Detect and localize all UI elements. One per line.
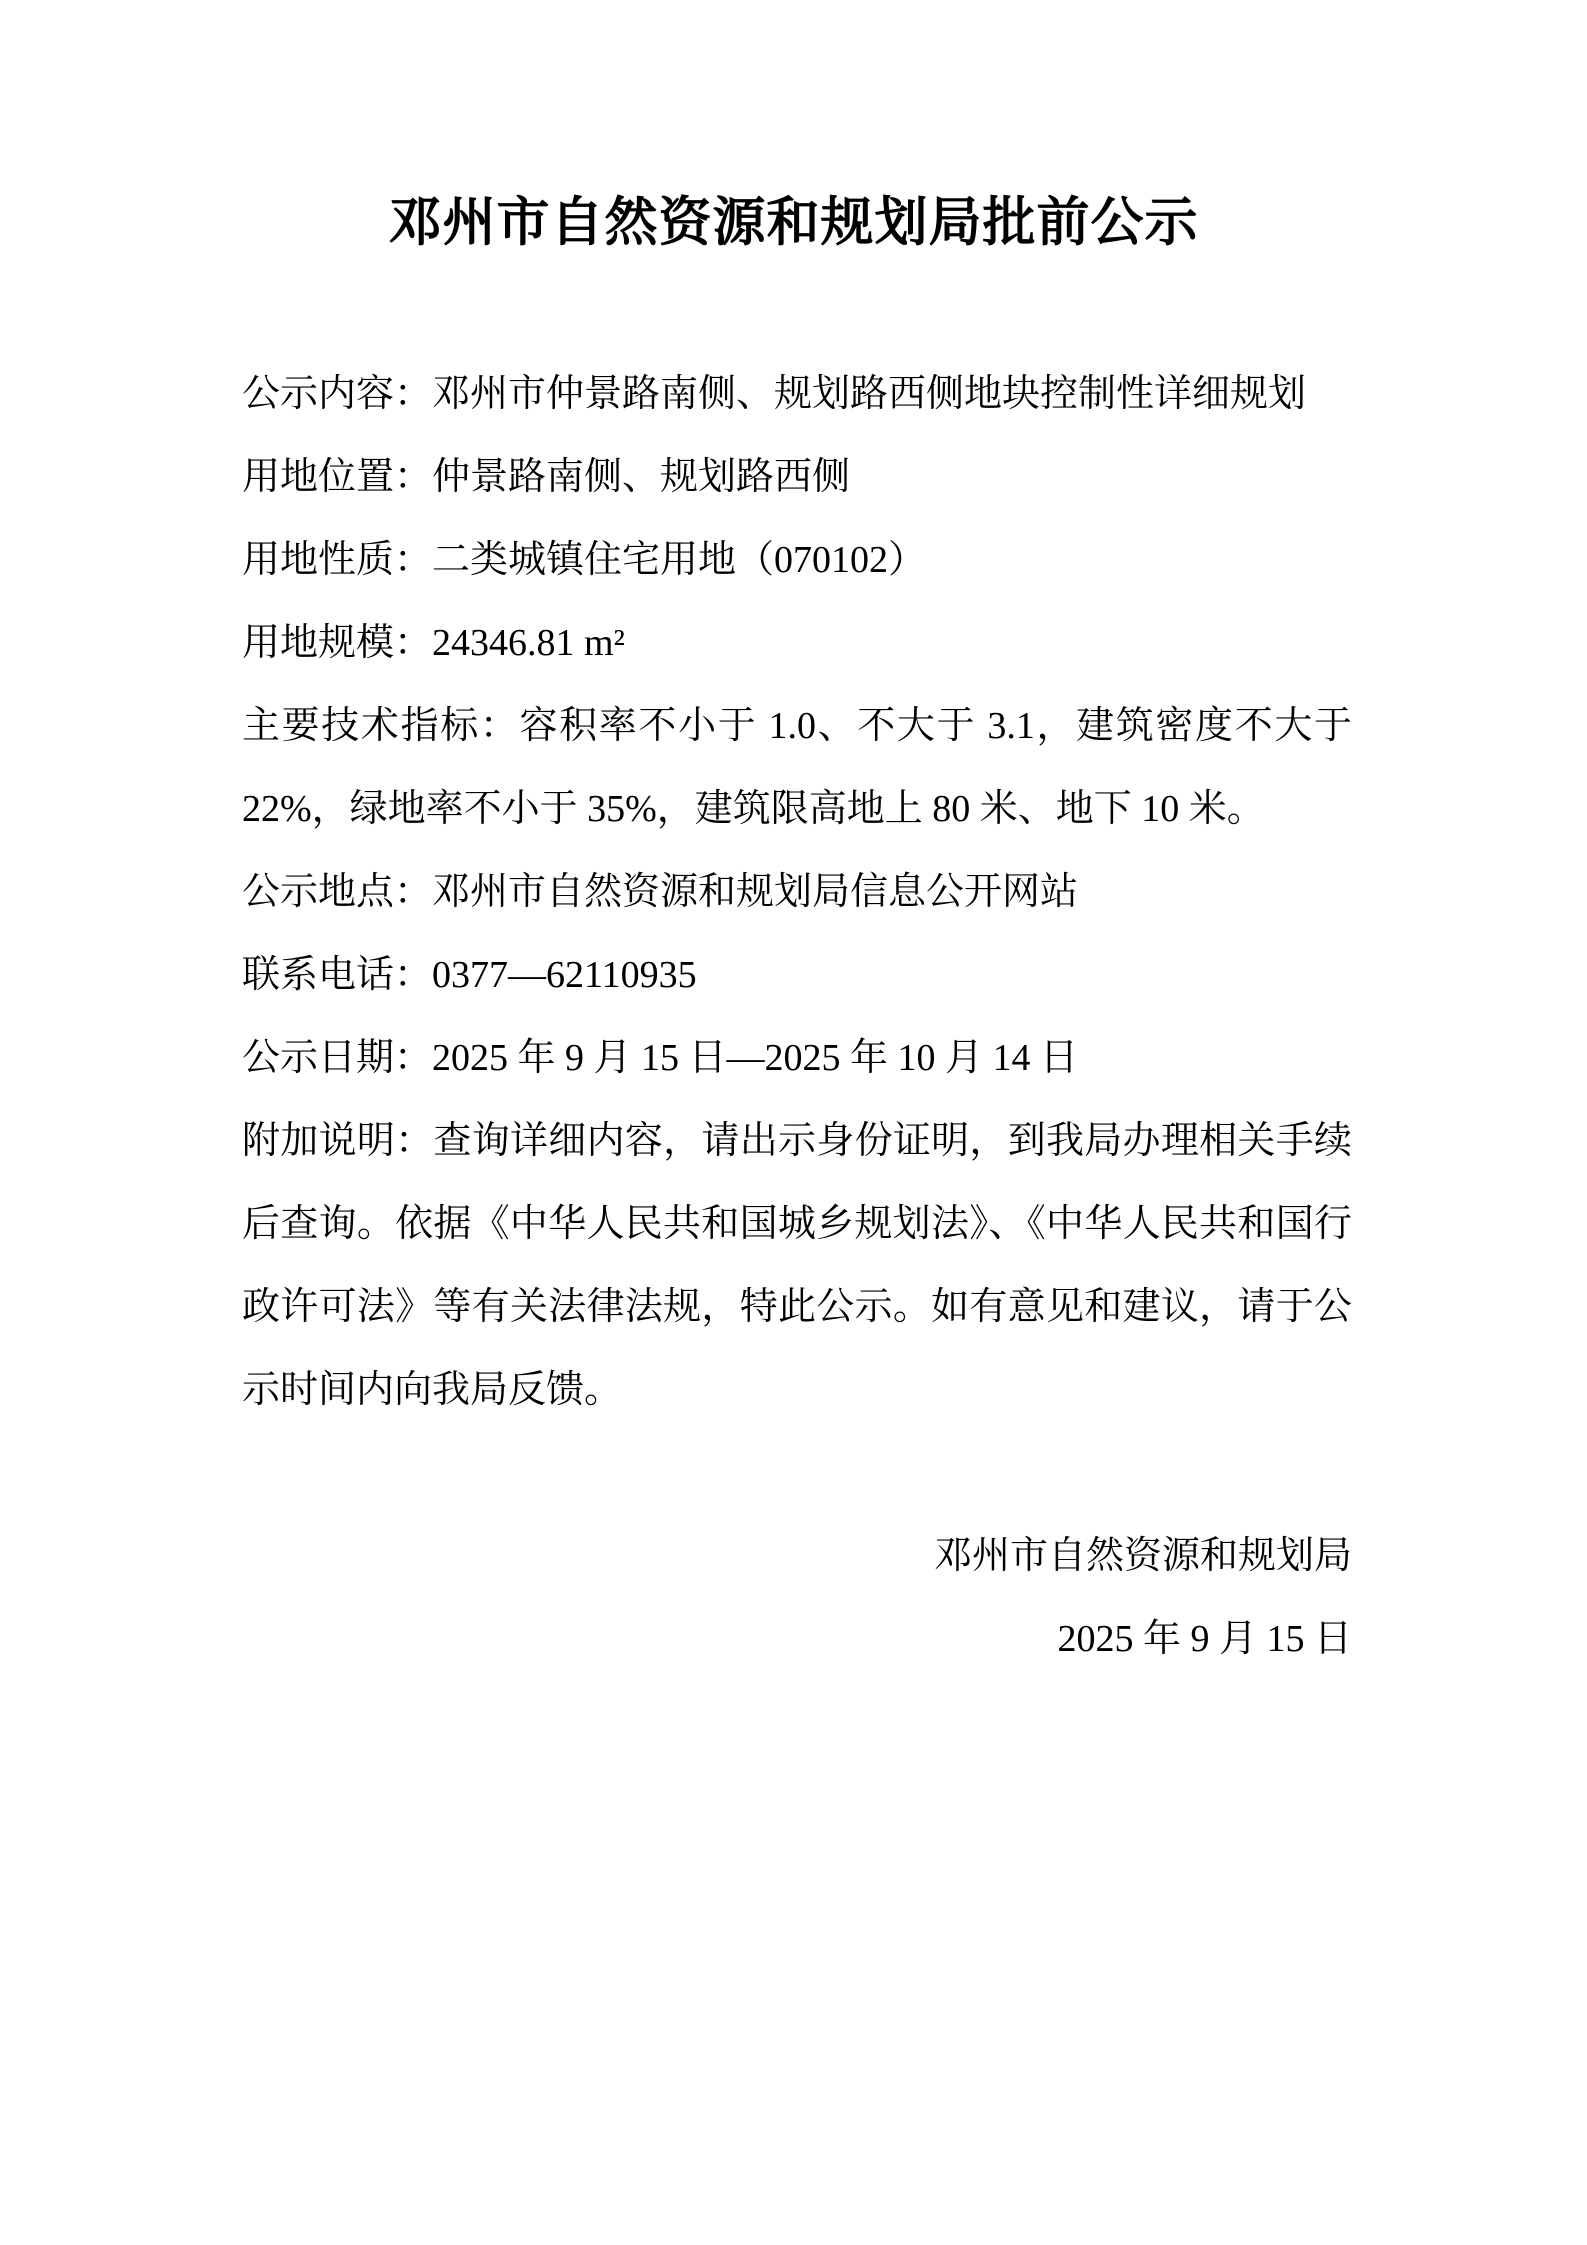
document-body: 公示内容：邓州市仲景路南侧、规划路西侧地块控制性详细规划用地位置：仲景路南侧、规… xyxy=(242,353,1352,1432)
body-paragraph: 用地性质：二类城镇住宅用地（070102） xyxy=(242,519,1352,602)
signature-date: 2025 年 9 月 15 日 xyxy=(242,1598,1352,1681)
page-title: 邓州市自然资源和规划局批前公示 xyxy=(0,188,1587,260)
body-paragraph: 公示地点：邓州市自然资源和规划局信息公开网站 xyxy=(242,851,1352,934)
body-paragraph: 用地规模：24346.81 m² xyxy=(242,602,1352,685)
signature-block: 邓州市自然资源和规划局 2025 年 9 月 15 日 xyxy=(242,1515,1352,1681)
body-paragraph: 联系电话：0377—62110935 xyxy=(242,934,1352,1017)
body-paragraph: 用地位置：仲景路南侧、规划路西侧 xyxy=(242,436,1352,519)
body-paragraph: 公示内容：邓州市仲景路南侧、规划路西侧地块控制性详细规划 xyxy=(242,353,1352,436)
signature-org: 邓州市自然资源和规划局 xyxy=(242,1515,1352,1598)
body-paragraph: 公示日期：2025 年 9 月 15 日—2025 年 10 月 14 日 xyxy=(242,1017,1352,1100)
document-page: 邓州市自然资源和规划局批前公示 公示内容：邓州市仲景路南侧、规划路西侧地块控制性… xyxy=(0,0,1587,2245)
body-paragraph: 主要技术指标：容积率不小于 1.0、不大于 3.1，建筑密度不大于 22%，绿地… xyxy=(242,685,1352,851)
body-paragraph: 附加说明：查询详细内容，请出示身份证明，到我局办理相关手续后查询。依据《中华人民… xyxy=(242,1100,1352,1432)
